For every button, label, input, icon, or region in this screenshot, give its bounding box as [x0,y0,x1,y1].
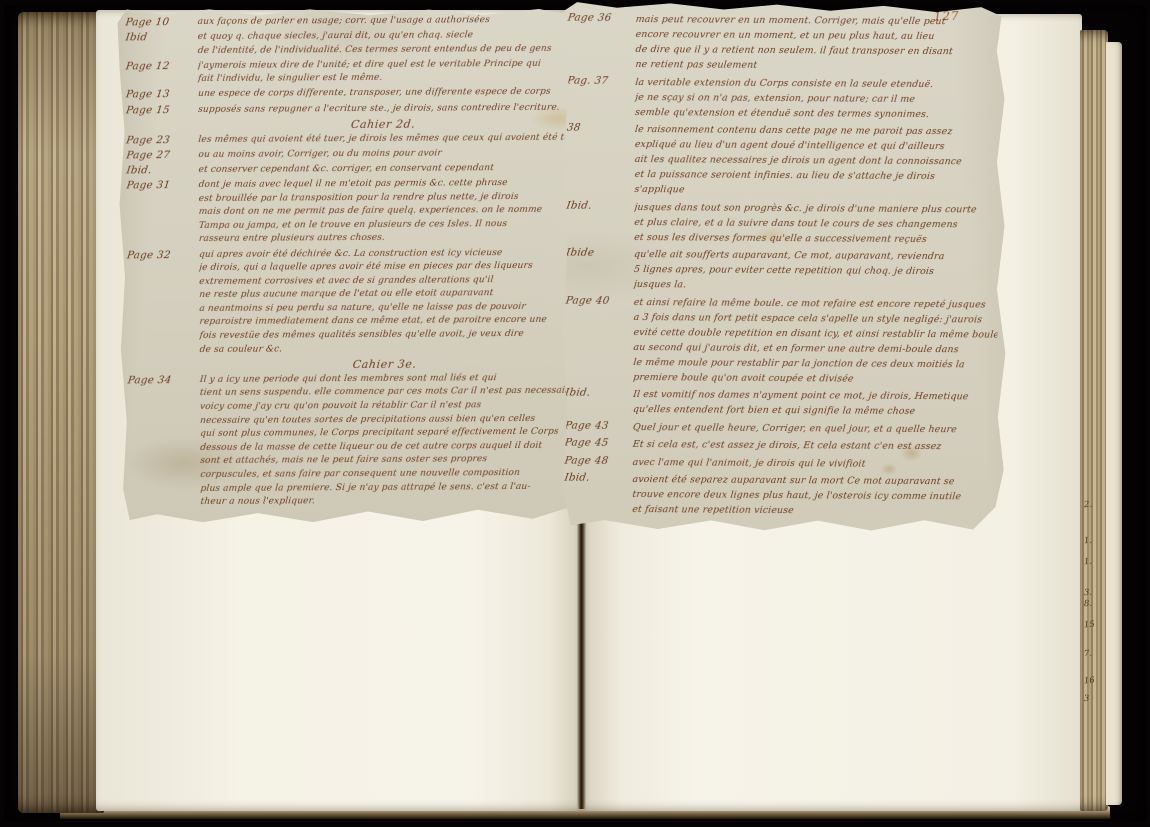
note-lines: mais peut recouvrer en un moment. Corrig… [635,12,999,75]
note-lines: qui apres avoir été déchirée &c. La cons… [199,246,570,357]
note-line: ne retient pas seulement [635,57,1001,75]
margin-page-label: Page 45 [564,436,634,448]
margin-page-label: Page 12 [125,60,199,72]
note-lines: Et si cela est, c'est assez je dirois, E… [633,437,997,455]
cahier-heading: Cahier 3e. [128,356,570,372]
note-entry: Ibid.Il est vomitif nos dames n'ayment p… [565,386,997,419]
note-line: Et si cela est, c'est assez je dirois, E… [632,437,998,455]
margin-page-label: Page 13 [125,88,199,100]
note-entry: Page 15supposés sans repugner a l'ecritu… [126,101,568,117]
margin-page-label: Page 36 [567,11,637,23]
note-entry: Page 10aux façons de parler en usage; co… [125,14,567,30]
margin-page-label: 38 [566,121,636,133]
note-entry: Page 12j'aymerois mieux dire de l'unité;… [126,57,568,87]
note-line: supposés sans repugner a l'ecriture ste.… [197,101,568,117]
note-line: premiere boule qu'on avoit coupée et div… [632,369,998,387]
note-entry: Page 32qui apres avoir été déchirée &c. … [127,246,570,357]
note-lines: et conserver cependant &c. corriger, en … [198,162,568,178]
note-line: et sous les diverses formes qu'elle a su… [633,229,999,247]
note-entry: Page 48avec l'ame qui l'animoit, je diro… [565,454,997,472]
note-line: Cahier 3e. [199,356,570,372]
note-entry: Ibid.et conserver cependant &c. corriger… [126,162,568,178]
note-line: et conserver cependant &c. corriger, en … [198,162,569,178]
margin-page-label: Pag. 37 [566,74,636,86]
note-line: Quel jour et quelle heure, Corriger, en … [632,419,998,437]
note-lines: j'aymerois mieux dire de l'unité; et dir… [198,57,568,86]
note-line: avec l'ame qui l'animoit, je dirois qui … [632,454,998,472]
note-entry: 38le raisonnement contenu dans cette pag… [566,121,999,199]
note-lines: et quoy q. chaque siecles, j'aurai dit, … [198,29,568,58]
note-lines: supposés sans repugner a l'ecriture ste.… [198,101,568,117]
margin-page-label: Ibid. [566,199,636,211]
note-line: les mêmes qui avoient été tuer, je diroi… [198,131,569,147]
note-lines: jusques dans tout son progrès &c. je dir… [634,199,998,247]
under-sheet-right [1106,42,1122,805]
margin-page-label: Page 15 [125,103,199,115]
note-lines: avec l'ame qui l'animoit, je dirois qui … [633,454,997,472]
margin-page-label: Ibid. [564,471,634,483]
margin-page-label: Ibid [125,31,199,43]
note-line: aux façons de parler en usage; corr. que… [197,14,568,30]
margin-page-label: Page 32 [126,248,200,260]
note-lines: aux façons de parler en usage; corr. que… [197,14,567,30]
note-entry: Page 36mais peut recouvrer en un moment.… [567,11,999,74]
cahier-heading: Cahier 2d. [126,116,568,132]
fore-edge-number: 15 [1084,620,1095,631]
left-leaf-notes: Page 10aux façons de parler en usage; co… [117,5,578,526]
note-line: qu'elles entendent fort bien et qui sign… [632,402,998,420]
margin-page-label: Page 10 [125,16,199,28]
note-lines: le raisonnement contenu dans cette page … [634,122,999,200]
note-lines: avoient été separez auparavant sur la mo… [632,472,996,520]
margin-page-label: Page 34 [127,374,201,386]
margin-page-label: Ibide [565,246,635,258]
note-line: s'applique [634,182,1000,200]
margin-page-label: Page 43 [564,419,634,431]
note-line: theur a nous l'expliquer. [200,494,571,510]
note-lines: les mêmes qui avoient été tuer, je diroi… [198,131,568,147]
note-entry: Page 34Il y a icy une periode qui dont l… [128,371,571,510]
note-entry: Page 13une espece de corps differente, t… [126,86,568,102]
note-line: fait l'individu, le singulier est le mêm… [197,71,568,87]
note-entry: Page 31dont je mais avec lequel il ne m'… [126,177,568,248]
note-entry: Ibid.jusques dans tout son progrès &c. j… [566,199,998,247]
fore-edge-number: 1. [1084,557,1093,568]
note-lines: dont je mais avec lequel il ne m'etoit p… [198,177,568,247]
note-lines: Cahier 3e. [200,356,570,372]
note-line: jusques la. [633,277,999,295]
fore-edge-number: 1. [1084,536,1093,547]
note-lines: une espece de corps differente, transpos… [198,86,568,102]
note-line: semble qu'extension et étenduë sont des … [634,104,1000,122]
note-entry: Ibidequ'elle ait soufferts auparavant, C… [566,246,998,294]
manuscript-leaf-left: Page 10aux façons de parler en usage; co… [117,5,578,526]
note-entry: Page 43Quel jour et quelle heure, Corrig… [565,419,997,437]
photograph-of-open-manuscript-album: 2.1.1.3.8.157.163 Page 10aux façons de p… [0,0,1150,827]
margin-page-label: Page 23 [125,134,199,146]
fore-edge-number: 3. [1084,588,1093,599]
page-edges-left-stack [18,12,104,813]
margin-page-label: Page 27 [126,149,200,161]
note-entry: Page 27ou au moins avoir, Corriger, ou d… [126,146,568,162]
fore-edge-right-stack: 2.1.1.3.8.157.163 [1080,30,1108,811]
note-lines: ou au moins avoir, Corriger, ou du moins… [198,146,568,162]
fore-edge-number: 2. [1084,500,1093,511]
note-entry: Page 45Et si cela est, c'est assez je di… [565,436,997,454]
fore-edge-number: 3 [1084,694,1090,704]
note-lines: Il est vomitif nos dames n'ayment point … [633,387,997,420]
fore-edge-number: 7. [1084,649,1093,660]
fore-edge-number: 16 [1084,676,1095,687]
note-entry: Page 40et ainsi refaire la même boule. c… [565,294,998,387]
note-entry: Page 23les mêmes qui avoient été tuer, j… [126,131,568,147]
note-line: et faisant une repetition vicieuse [631,502,997,520]
note-line: rasseura entre plusieurs autres choses. [198,231,569,247]
note-line: ou au moins avoir, Corriger, ou du moins… [198,146,569,162]
right-leaf-notes: Page 36mais peut recouvrer en un moment.… [560,0,1008,533]
note-entry: Pag. 37la veritable extension du Corps c… [567,74,999,122]
note-lines: Cahier 2d. [198,116,568,132]
note-line: de l'identité, de l'individualité. Ces t… [197,42,568,58]
manuscript-leaf-right: 127 Page 36mais peut recouvrer en un mom… [560,0,1008,533]
note-lines: Il y a icy une periode qui dont les memb… [200,371,571,509]
margin-page-label: Page 48 [564,454,634,466]
note-entry: Ibid.avoient été separez auparavant sur … [564,471,996,519]
margin-page-label: Ibid. [564,386,634,398]
margin-page-label: Page 31 [126,179,200,191]
note-line: Cahier 2d. [197,116,568,132]
note-line: de sa couleur &c. [199,341,570,357]
note-lines: la veritable extension du Corps consiste… [635,74,999,122]
fore-edge-number: 8. [1084,599,1093,610]
margin-page-label: Ibid. [126,164,200,176]
note-lines: Quel jour et quelle heure, Corriger, en … [633,419,997,437]
note-lines: et ainsi refaire la même boule. ce mot r… [633,294,998,387]
note-line: une espece de corps differente, transpos… [197,86,568,102]
margin-page-label: Page 40 [565,294,635,306]
note-lines: qu'elle ait soufferts auparavant, Ce mot… [634,247,998,295]
note-entry: Ibidet quoy q. chaque siecles, j'aurai d… [126,29,568,59]
